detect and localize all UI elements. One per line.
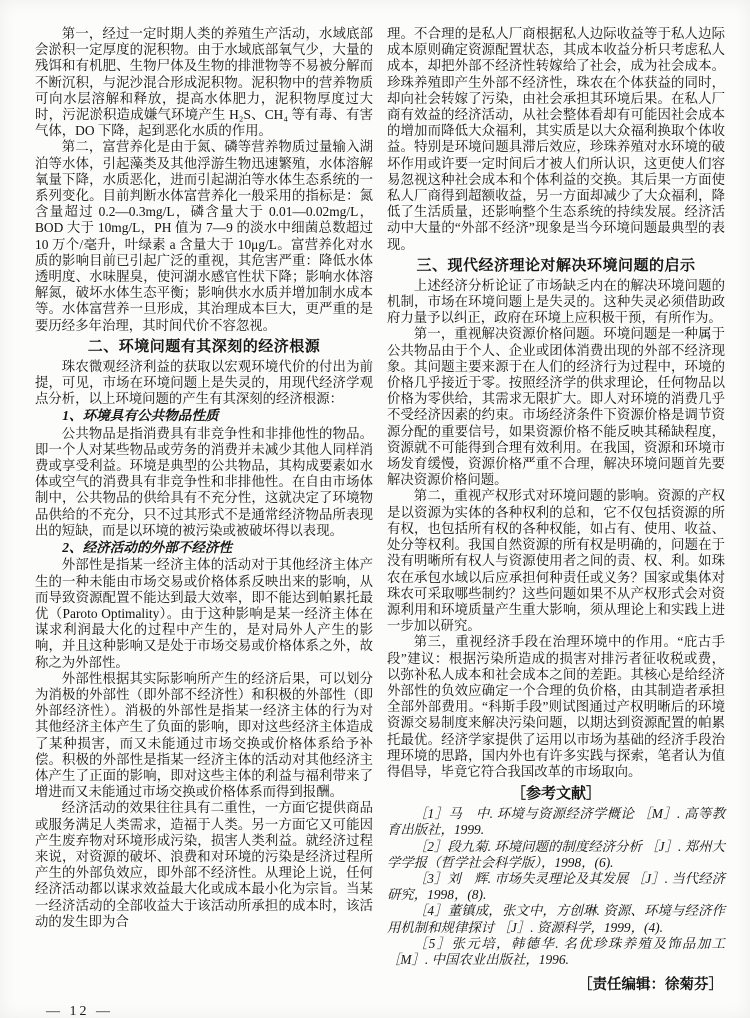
paragraph: 第三，重视经济手段在治理环境中的作用。“庇古手段”建议：根据污染所造成的损害对排… (387, 634, 725, 780)
subsection-heading: 2、经济活动的外部不经济性 (35, 540, 373, 556)
paragraph: 第一，重视解决资源价格问题。环境问题是一种属于公共物品由于个人、企业或团体消费出… (387, 326, 725, 488)
paragraph: 公共物品是指消费具有非竞争性和非排他性的物品。即一个人对某些物品或劳务的消费并未… (35, 426, 373, 539)
left-column: 第一，经过一定时期人类的养殖生产活动，水域底部会淤积一定厚度的泥积物。由于水域底… (35, 26, 373, 993)
section-heading: 二、环境问题有其深刻的经济根源 (35, 338, 373, 356)
paragraph: 外部性根据其实际影响所产生的经济后果，可以划分为消极的外部性（即外部不经济性）和… (35, 671, 373, 801)
reference-item: ［4］董镇成，张文中，方创琳. 资源、环境与经济作用机制和规律探讨 ［J］. 资… (387, 903, 725, 935)
paragraph: 经济活动的效果往往具有二重性，一方面它提供商品或服务满足人类需求，造福于人类。另… (35, 800, 373, 930)
reference-item: ［5］张元培，韩德华. 名优珍珠养殖及饰品加工 ［M］. 中国农业出版社，199… (387, 936, 725, 968)
reference-item: ［1］马 中. 环境与资源经济学概论 ［M］. 高等教育出版社，1999. (387, 806, 725, 838)
editor-credit: ［责任编辑：徐菊芬］ (387, 977, 725, 993)
paragraph: 第一，经过一定时期人类的养殖生产活动，水域底部会淤积一定厚度的泥积物。由于水域底… (35, 26, 373, 139)
paragraph: 外部性是指某一经济主体的活动对于其他经济主体产生的一种未能由市场交易或价格体系反… (35, 557, 373, 670)
reference-item: ［3］刘 辉. 市场失灵理论及其发展 ［J］. 当代经济研究，1998，(8). (387, 871, 725, 903)
section-heading: 三、现代经济理论对解决环境问题的启示 (387, 257, 725, 275)
subsection-heading: 1、环境具有公共物品性质 (35, 408, 373, 424)
paragraph: 第二，富营养化是由于氮、磷等营养物质过量输入湖泊等水体，引起藻类及其他浮游生物迅… (35, 139, 373, 333)
paragraph-continued: 理。不合理的是私人厂商根据私人边际收益等于私人边际成本原则确定资源配置状态，其成… (387, 26, 725, 253)
document-page: 第一，经过一定时期人类的养殖生产活动，水域底部会淤积一定厚度的泥积物。由于水域底… (0, 0, 750, 1018)
page-number: — 12 — (46, 1004, 113, 1018)
paragraph: 珠农微观经济利益的获取以宏观环境代价的付出为前提，可见，市场在环境问题上是失灵的… (35, 359, 373, 408)
references-heading: ［参考文献］ (387, 785, 725, 803)
paragraph: 上述经济分析论证了市场缺乏内在的解决环境问题的机制，市场在环境问题上是失灵的。这… (387, 278, 725, 327)
reference-item: ［2］段九菊. 环境问题的制度经济分析 ［J］. 郑州大学学报（哲学社会科学版）… (387, 839, 725, 871)
right-column: 理。不合理的是私人厂商根据私人边际收益等于私人边际成本原则确定资源配置状态，其成… (387, 26, 725, 993)
paragraph: 第二，重视产权形式对环境问题的影响。资源的产权是以资源为实体的各种权利的总和，它… (387, 488, 725, 634)
two-column-layout: 第一，经过一定时期人类的养殖生产活动，水域底部会淤积一定厚度的泥积物。由于水域底… (0, 0, 750, 993)
